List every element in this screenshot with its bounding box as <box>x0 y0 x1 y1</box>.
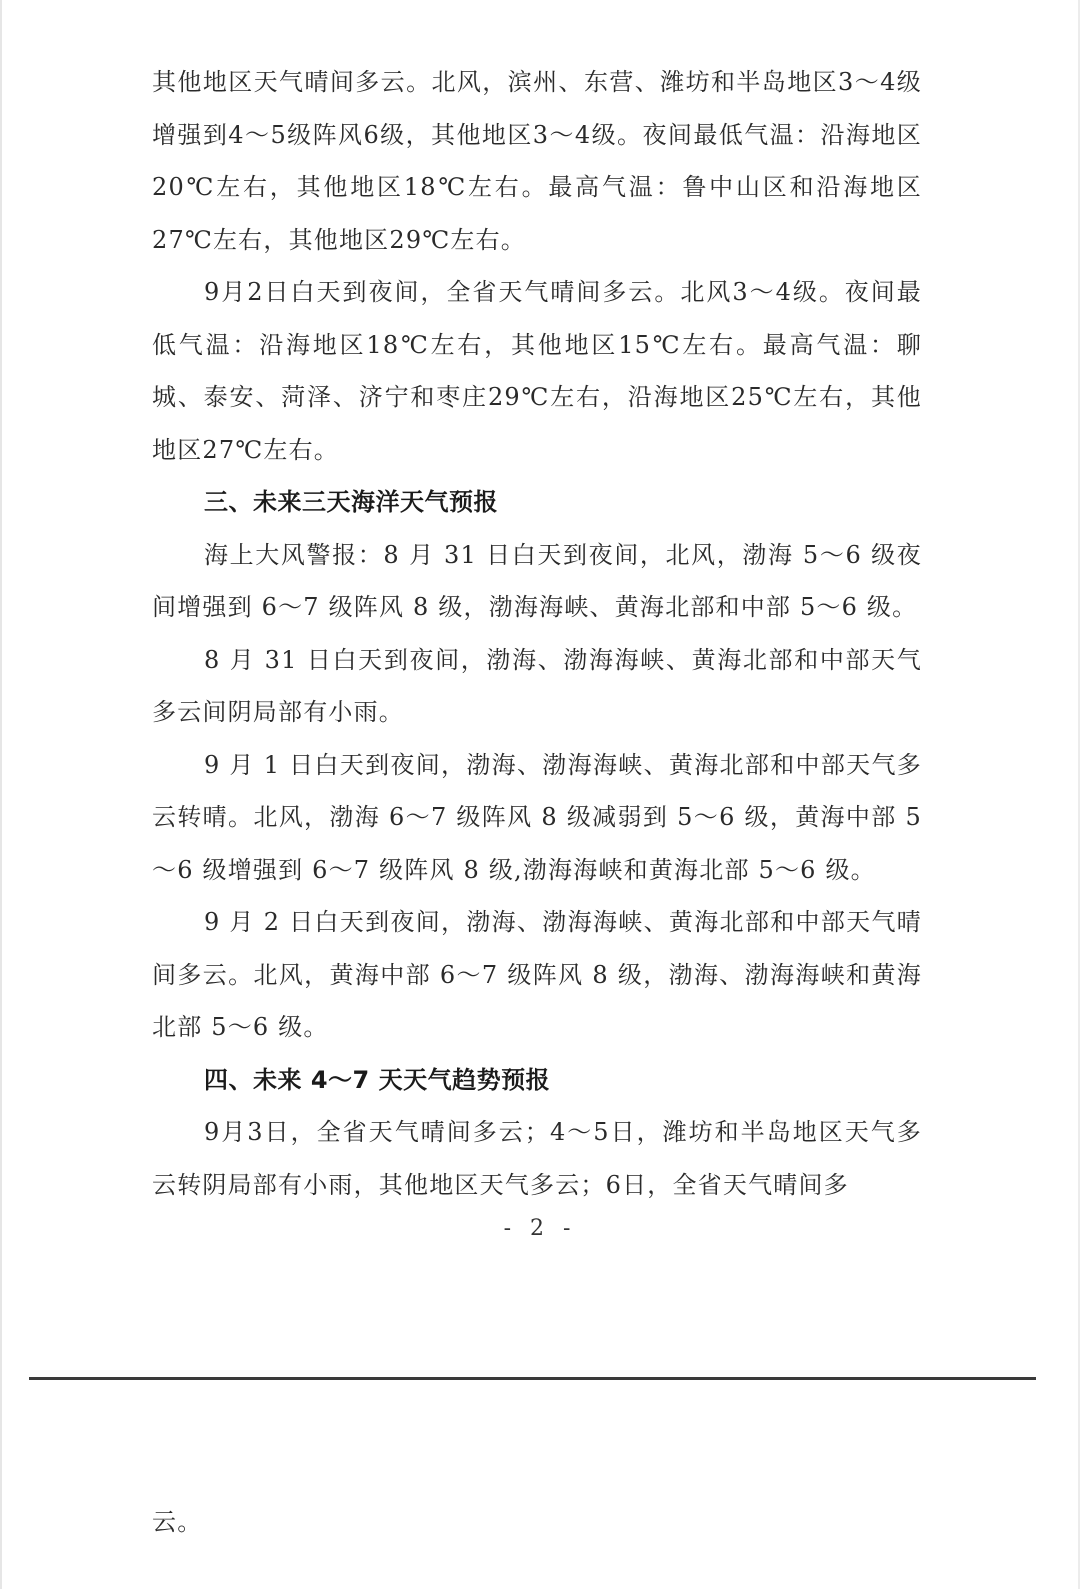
page-edge-left <box>0 0 2 1589</box>
section-heading-marine-forecast: 三、未来三天海洋天气预报 <box>152 476 922 529</box>
paragraph-sep1-marine: 9 月 1 日白天到夜间，渤海、渤海海峡、黄海北部和中部天气多云转晴。北风，渤海… <box>152 739 922 897</box>
paragraph-sep3-trend: 9月3日，全省天气晴间多云；4～5日，潍坊和半岛地区天气多云转阴局部有小雨，其他… <box>152 1106 922 1211</box>
paragraph-gale-warning: 海上大风警报：8 月 31 日白天到夜间，北风，渤海 5～6 级夜间增强到 6～… <box>152 529 922 634</box>
section-heading-trend-forecast: 四、未来 4～7 天天气趋势预报 <box>152 1054 922 1107</box>
page-number: - 2 - <box>0 1216 1080 1241</box>
document-page: 其他地区天气晴间多云。北风，滨州、东营、潍坊和半岛地区3～4级增强到4～5级阵风… <box>152 56 922 1211</box>
next-page-continuation-text: 云。 <box>152 1496 202 1548</box>
paragraph-other-regions-forecast: 其他地区天气晴间多云。北风，滨州、东营、潍坊和半岛地区3～4级增强到4～5级阵风… <box>152 56 922 266</box>
paragraph-aug31-marine: 8 月 31 日白天到夜间，渤海、渤海海峡、黄海北部和中部天气多云间阴局部有小雨… <box>152 634 922 739</box>
paragraph-sep2-marine: 9 月 2 日白天到夜间，渤海、渤海海峡、黄海北部和中部天气晴间多云。北风，黄海… <box>152 896 922 1054</box>
page-break-divider <box>29 1377 1036 1380</box>
paragraph-sep2-land-forecast: 9月2日白天到夜间，全省天气晴间多云。北风3～4级。夜间最低气温：沿海地区18℃… <box>152 266 922 476</box>
